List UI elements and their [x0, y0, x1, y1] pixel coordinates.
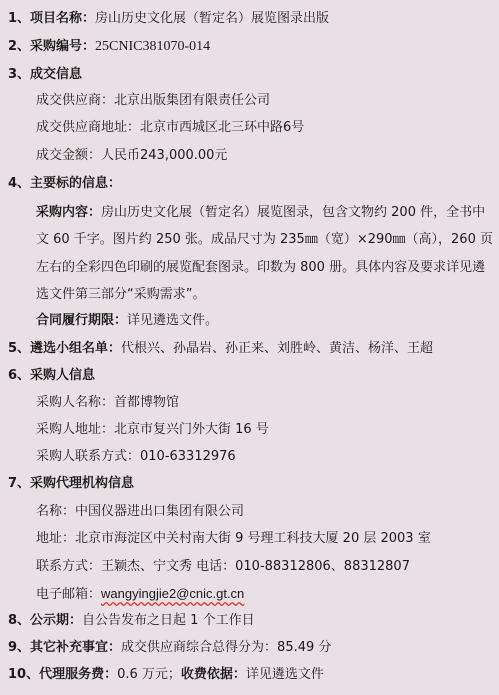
deal-supplier-address: 成交供应商地址：北京市西城区北三环中路6号	[36, 118, 491, 138]
project-name-label: 1、项目名称：	[8, 11, 95, 26]
agency-email-label: 电子邮箱：	[36, 587, 101, 602]
procurement-content-paragraph: 采购内容：房山历史文化展（暂定名）展览图录，包含文物约 200 件，全书中文 6…	[8, 199, 494, 309]
purchaser-contact: 采购人联系方式：010-63312976	[36, 447, 491, 467]
supplementary-value: 成交供应商综合总得分为：85.49 分	[121, 640, 331, 655]
contract-period-value: 详见遴选文件。	[127, 313, 218, 328]
agency-email-link[interactable]: wangyingjie2@cnic.gt.cn	[101, 586, 244, 601]
agency-fee-label: 10、代理服务费：	[8, 667, 117, 682]
deal-amount: 成交金额：人民币243,000.00元	[36, 146, 491, 166]
supplementary-label: 9、其它补充事宜：	[8, 640, 121, 655]
procurement-content-label: 采购内容：	[36, 205, 101, 220]
procurement-number-label: 2、采购编号：	[8, 39, 95, 54]
agency-contact: 联系方式：王颖杰、宁文秀 电话：010-88312806、88312807	[36, 557, 491, 577]
publicity-period-label: 8、公示期：	[8, 613, 82, 628]
agency-fee-line: 10、代理服务费：0.6 万元；收费依据：详见遴选文件	[8, 665, 491, 685]
agency-info-heading: 7、采购代理机构信息	[8, 474, 491, 494]
fee-basis-label: 收费依据：	[181, 667, 246, 682]
supplementary-line: 9、其它补充事宜：成交供应商综合总得分为：85.49 分	[8, 638, 491, 658]
purchaser-info-heading: 6、采购人信息	[8, 366, 491, 386]
main-subject-heading: 4、主要标的信息：	[8, 174, 491, 194]
deal-supplier: 成交供应商：北京出版集团有限责任公司	[36, 91, 491, 111]
purchaser-name: 采购人名称：首都博物馆	[36, 393, 491, 413]
procurement-number-line: 2、采购编号：25CNIC381070-014	[8, 37, 491, 57]
publicity-period-line: 8、公示期：自公告发布之日起 1 个工作日	[8, 611, 491, 631]
contract-period-line: 合同履行期限：详见遴选文件。	[36, 311, 491, 331]
agency-fee-value: 0.6 万元；	[117, 667, 181, 682]
fee-basis-value: 详见遴选文件	[246, 667, 324, 682]
contract-period-label: 合同履行期限：	[36, 313, 127, 328]
deal-info-heading: 3、成交信息	[8, 65, 491, 85]
selection-panel-line: 5、遴选小组名单：代根兴、孙晶岩、孙正来、刘胜岭、黄洁、杨洋、王超	[8, 339, 491, 359]
agency-email-line: 电子邮箱：wangyingjie2@cnic.gt.cn	[36, 584, 491, 604]
agency-name: 名称：中国仪器进出口集团有限公司	[36, 502, 491, 522]
procurement-content-text: 房山历史文化展（暂定名）展览图录，包含文物约 200 件，全书中文 60 千字。…	[36, 205, 493, 302]
selection-panel-label: 5、遴选小组名单：	[8, 341, 121, 356]
publicity-period-value: 自公告发布之日起 1 个工作日	[82, 613, 255, 628]
purchaser-address: 采购人地址：北京市复兴门外大街 16 号	[36, 420, 491, 440]
project-name-value: 房山历史文化展（暂定名）展览图录出版	[95, 11, 329, 26]
procurement-number-value: 25CNIC381070-014	[95, 39, 210, 54]
agency-address: 地址：北京市海淀区中关村南大街 9 号理工科技大厦 20 层 2003 室	[36, 529, 491, 549]
announcement-document: 1、项目名称：房山历史文化展（暂定名）展览图录出版 2、采购编号：25CNIC3…	[0, 0, 499, 695]
project-name-line: 1、项目名称：房山历史文化展（暂定名）展览图录出版	[8, 9, 491, 29]
selection-panel-members: 代根兴、孙晶岩、孙正来、刘胜岭、黄洁、杨洋、王超	[121, 341, 433, 356]
